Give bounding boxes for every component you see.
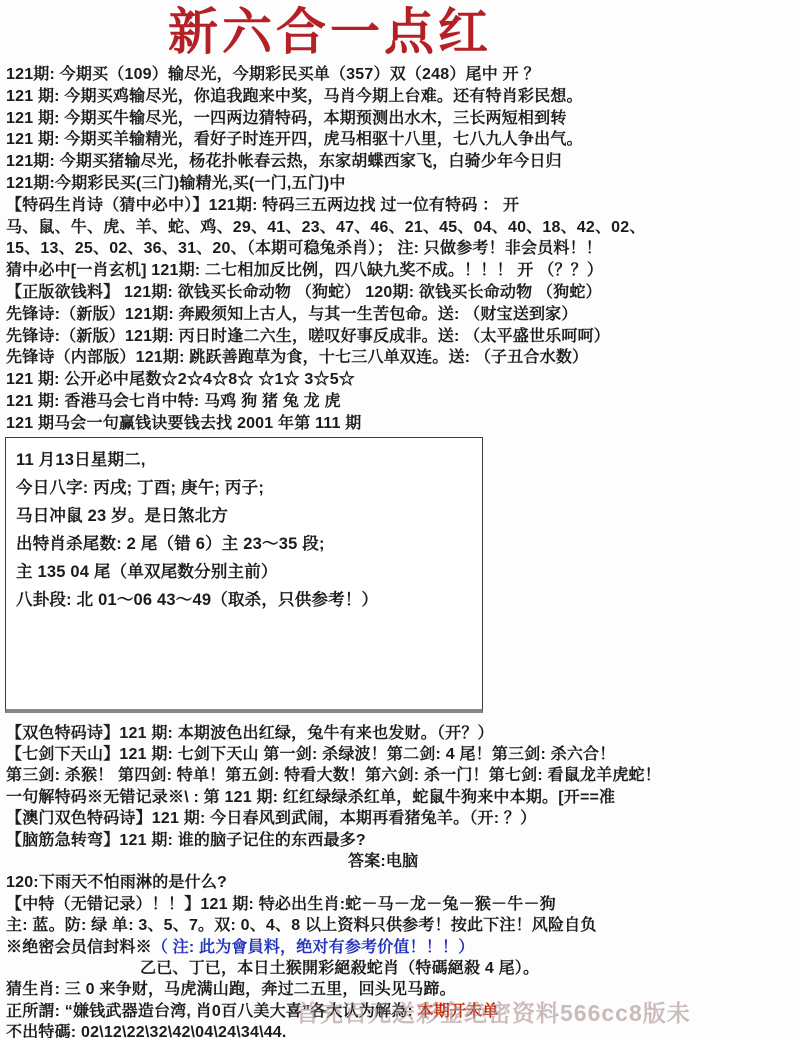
saying-result-red: 本期开未单 [418, 1003, 499, 1020]
text-line: 121 期: 香港马会七肖中特: 马鸡 狗 猪 兔 龙 虎 [0, 391, 800, 413]
text-line: 121 期: 今期买羊输精光，看好子时连开四，虎马相驱十八里，七八九人争出气。 [0, 129, 800, 151]
text-line: 先锋诗:（新版）121期: 丙日时逢二六生，嗟叹好事反成非。送: （太平盛世乐呵… [0, 326, 800, 348]
text-line: 121 期: 今期买鸡输尽光，你追我跑来中奖，马肖今期上台难。还有特肖彩民想。 [0, 86, 800, 108]
text-line: 八卦段: 北 01～06 43～49（取杀，只供参考！） [14, 586, 474, 614]
text-line: 马、鼠、牛、虎、羊、蛇、鸡、29、41、23、47、46、21、45、04、40… [0, 217, 800, 239]
text-line: 猜生肖: 三 0 来争财，马虎满山跑，奔过二五里，回头见马蹄。 [0, 979, 800, 1000]
text-line: 先锋诗:（新版）121期: 奔殿须知上古人，与其一生苦包命。送: （财宝送到家） [0, 304, 800, 326]
text-line: 【澳门双色特码诗】121 期: 今日春风到武闹，本期再看猪兔羊。（开: ？） [0, 808, 800, 829]
text-line: 第三剑: 杀猴！ 第四剑: 特单！第五剑: 特看大数！第六剑: 杀一门！第七剑:… [0, 765, 800, 786]
text-line: 121 期: 公开必中尾数☆2☆4☆8☆ ☆1☆ 3☆5☆ [0, 369, 800, 391]
text-line: 【正版欲钱料】 121期: 欲钱买长命动物 （狗蛇） 120期: 欲钱买长命动物… [0, 282, 800, 304]
text-line: 【双色特码诗】121 期: 本期波色出红绿，兔牛有来也发财。（开？） [0, 723, 800, 744]
text-line: 【中特（无错记录）！！】121 期: 特必出生肖:蛇－马－龙－兔－猴－牛－狗 [0, 894, 800, 915]
text-line: 121期: 今期买（109）输尽光，今期彩民买单（357）双（248）尾中 开 … [0, 64, 800, 86]
poems-section: 【双色特码诗】121 期: 本期波色出红绿，兔牛有来也发财。（开？） 【七剑下天… [0, 723, 800, 1038]
text-line: 【脑筋急转弯】121 期: 谁的脑子记住的东西最多? [0, 830, 800, 851]
member-note-line: ※绝密会员信封料※（ 注: 此为會員料，绝对有参考价值！！！） [0, 937, 800, 958]
predictions-section: 121期: 今期买（109）输尽光，今期彩民买单（357）双（248）尾中 开 … [0, 64, 800, 435]
page-title: 新六合一点红 [168, 4, 800, 60]
saying-line: 正所謂: “嫌钱武器造台湾, 肖0百八美大喜”各大认为解為: 本期开未单 [0, 1001, 800, 1022]
text-line: 出特肖杀尾数: 2 尾（错 6）主 23～35 段; [14, 530, 474, 558]
riddle-answer: 答案:电脑 [0, 851, 800, 872]
text-line: 121期: 今期买猪输尽光，杨花扑帐春云热，东家胡蝶西家飞，白骑少年今日归 [0, 151, 800, 173]
text-line: 马日冲鼠 23 岁。是日煞北方 [14, 502, 474, 530]
text-line: 今日八字: 丙戌; 丁酉; 庚午; 丙子; [14, 474, 474, 502]
text-line: 猜中必中[一肖玄机] 121期: 二七相加反比例，四八缺九奖不成。！！！ 开 （… [0, 260, 800, 282]
text-line: 121 期: 今期买牛输尽光，一四两边猜特码，本期预测出水木，三长两短相到转 [0, 108, 800, 130]
date-info-box: 11 月13日星期二, 今日八字: 丙戌; 丁酉; 庚午; 丙子; 马日冲鼠 2… [5, 437, 483, 713]
text-line: 120:下雨天不怕雨淋的是什么? [0, 872, 800, 893]
lottery-tip-sheet: 新六合一点红 121期: 今期买（109）输尽光，今期彩民买单（357）双（24… [0, 0, 800, 1038]
text-line: 121 期马会一句赢钱诀要钱去找 2001 年第 111 期 [0, 413, 800, 435]
text-line: 先锋诗（内部版）121期: 跳跃善跑草为食，十七三八单双连。送: （子丑合水数） [0, 347, 800, 369]
text-line: 主 135 04 尾（单双尾数分别主前） [14, 558, 474, 586]
member-note-blue-text: （ 注: 此为會員料，绝对有参考价值！！！） [152, 939, 475, 956]
text-line: 11 月13日星期二, [14, 446, 474, 474]
text-line: 乙已、丁已，本日土猴開彩絕殺蛇肖（特碼絕殺 4 尾）。 [0, 958, 800, 979]
member-note-prefix: ※绝密会员信封料※ [6, 939, 152, 956]
excluded-codes-line: 不出特碼: 02\12\22\32\42\04\24\34\44. [0, 1022, 800, 1038]
text-line: 主: 蓝。防: 绿 单: 3、5、7。双: 0、4、8 以上资料只供参考！按此下… [0, 915, 800, 936]
text-line: 15、13、25、02、36、31、20、（本期可稳兔杀肖）； 注: 只做参考！… [0, 238, 800, 260]
text-line: 121期:今期彩民买(三门)输精光,买(一门,五门)中 [0, 173, 800, 195]
text-line: 【特码生肖诗（猜中必中）】121期: 特码三五两边找 过一位有特码 ： 开 [0, 195, 800, 217]
text-line: 一句解特码※无错记录※\ : 第 121 期: 红红绿绿杀红单，蛇鼠牛狗来中本期… [0, 787, 800, 808]
text-line: 【七剑下天山】121 期: 七剑下天山 第一剑: 杀绿波！第二剑: 4 尾！第三… [0, 744, 800, 765]
saying-prefix: 正所謂: “嫌钱武器造台湾, 肖0百八美大喜”各大认为解為: [6, 1003, 418, 1020]
